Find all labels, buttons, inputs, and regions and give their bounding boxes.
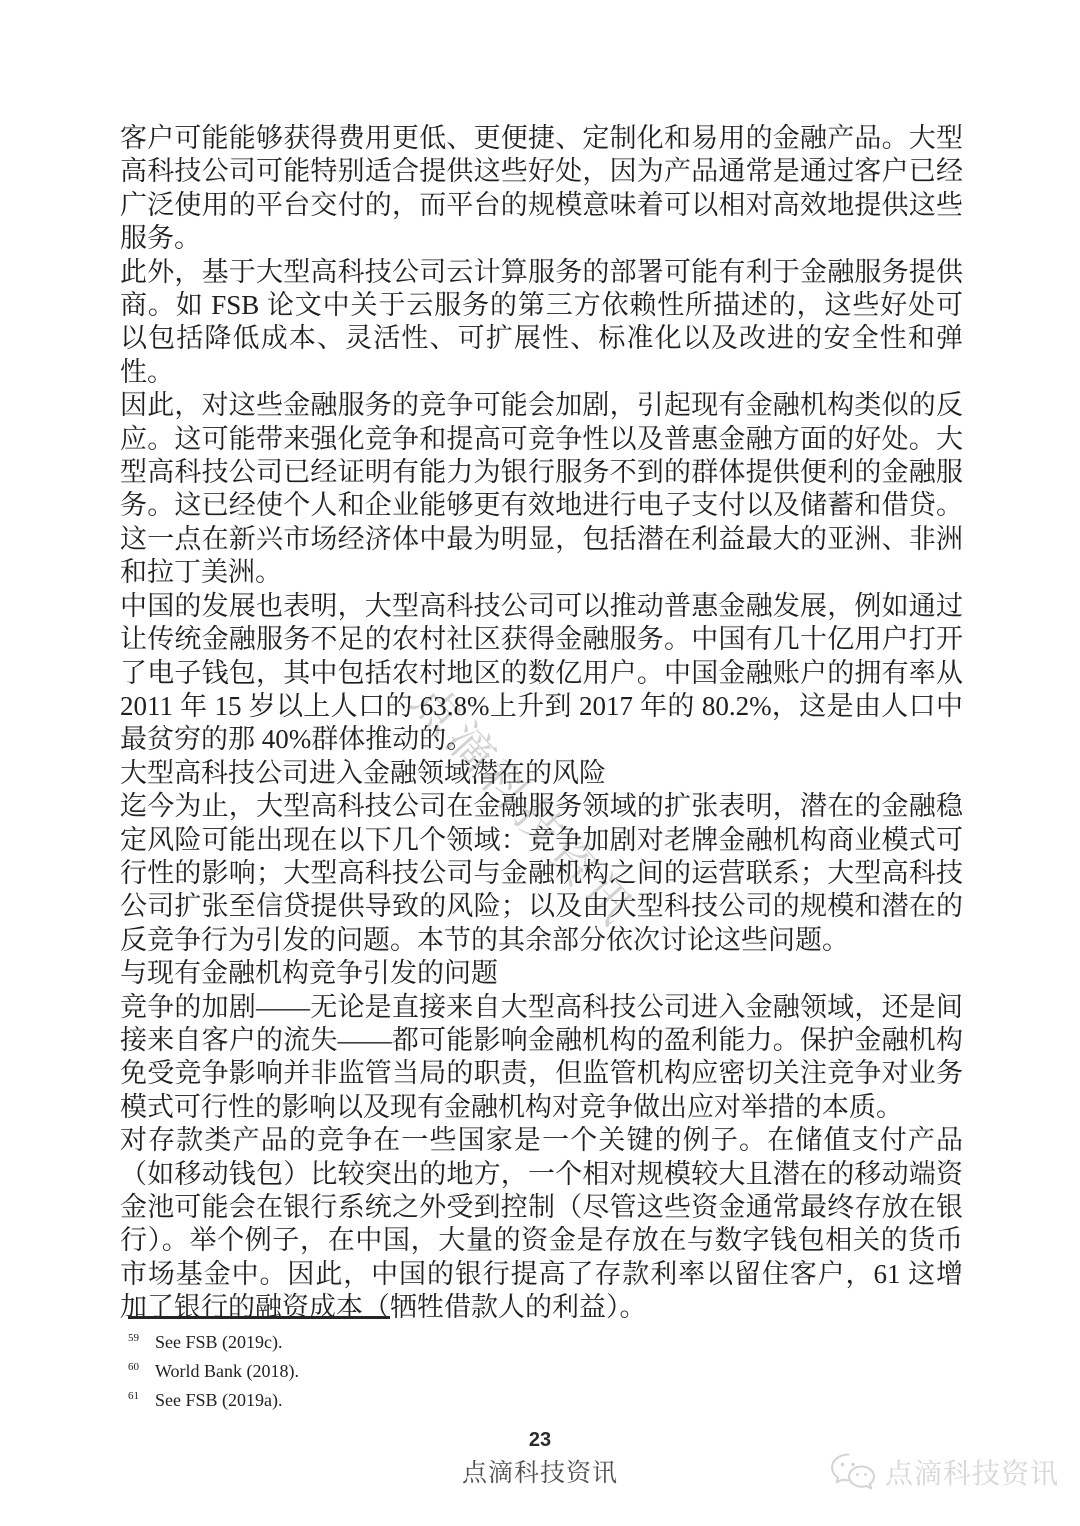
- paragraph: 客户可能能够获得费用更低、更便捷、定制化和易用的金融产品。大型高科技公司可能特别…: [120, 122, 963, 256]
- paragraph: 中国的发展也表明，大型高科技公司可以推动普惠金融发展，例如通过让传统金融服务不足…: [120, 590, 963, 757]
- brand-watermark-text: 点滴科技资讯: [885, 1452, 1059, 1492]
- footnotes-section: 59See FSB (2019c). 60World Bank (2018). …: [120, 1316, 390, 1415]
- footnote-text: See FSB (2019c).: [155, 1332, 283, 1352]
- footnote-marker: 60: [128, 1361, 139, 1373]
- paragraph: 因此，对这些金融服务的竞争可能会加剧，引起现有金融机构类似的反应。这可能带来强化…: [120, 389, 963, 589]
- footnote-text: See FSB (2019a).: [155, 1390, 283, 1410]
- paragraph: 竞争的加剧——无论是直接来自大型高科技公司进入金融领域，还是间接来自客户的流失—…: [120, 991, 963, 1125]
- page-content: 客户可能能够获得费用更低、更便捷、定制化和易用的金融产品。大型高科技公司可能特别…: [120, 122, 963, 1325]
- section-heading: 大型高科技公司进入金融领域潜在的风险: [120, 757, 963, 790]
- footnote-marker: 59: [128, 1332, 139, 1344]
- footnote: 60World Bank (2018).: [120, 1357, 390, 1386]
- document-page: 点滴科技资讯 客户可能能够获得费用更低、更便捷、定制化和易用的金融产品。大型高科…: [0, 0, 1080, 1526]
- wechat-icon: [830, 1452, 876, 1492]
- paragraph: 此外，基于大型高科技公司云计算服务的部署可能有利于金融服务提供商。如 FSB 论…: [120, 256, 963, 390]
- footnote-divider: [128, 1316, 390, 1319]
- footnote: 59See FSB (2019c).: [120, 1328, 390, 1357]
- footnote-text: World Bank (2018).: [155, 1361, 299, 1381]
- paragraph: 迄今为止，大型高科技公司在金融服务领域的扩张表明，潜在的金融稳定风险可能出现在以…: [120, 790, 963, 957]
- footnote-marker: 61: [128, 1390, 139, 1402]
- brand-watermark: 点滴科技资讯: [830, 1452, 1059, 1492]
- footnote: 61See FSB (2019a).: [120, 1386, 390, 1415]
- page-number: 23: [0, 1429, 1080, 1452]
- section-heading: 与现有金融机构竞争引发的问题: [120, 957, 963, 990]
- paragraph: 对存款类产品的竞争在一些国家是一个关键的例子。在储值支付产品（如移动钱包）比较突…: [120, 1124, 963, 1324]
